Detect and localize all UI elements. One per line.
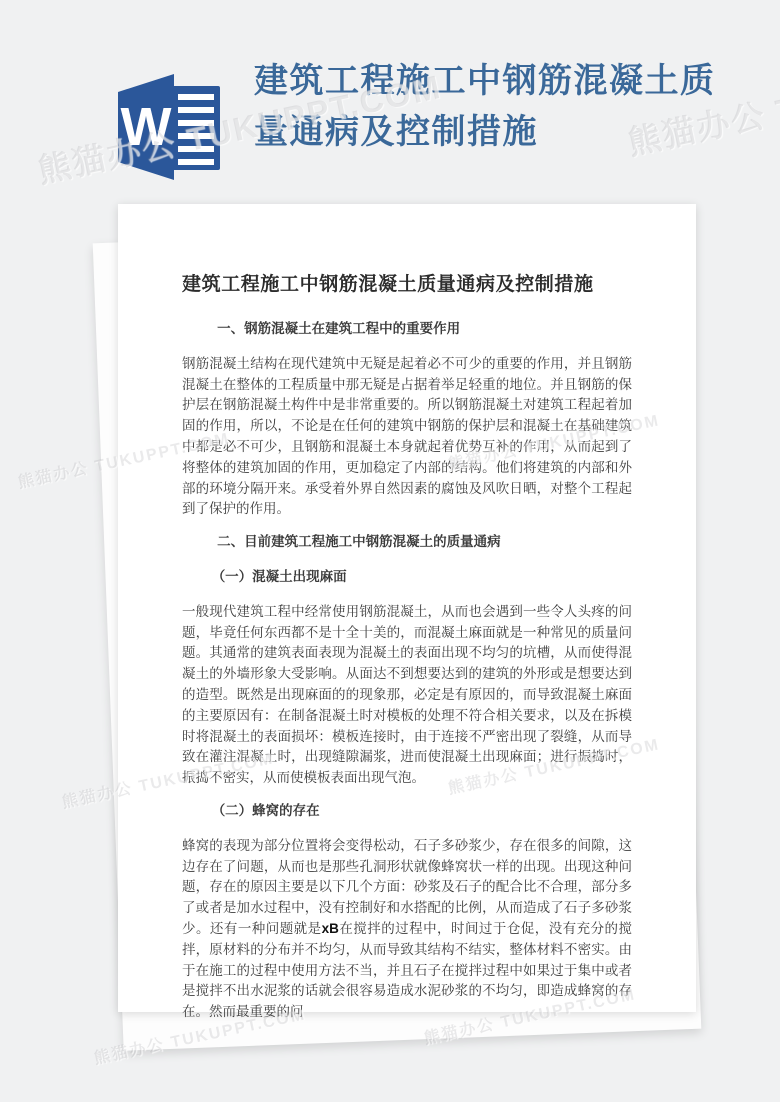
paragraph-2: 一般现代建筑工程中经常使用钢筋混凝土，从而也会遇到一些令人头疼的问题，毕竟任何东…	[182, 602, 632, 789]
document-title: 建筑工程施工中钢筋混凝土质量通病及控制措施	[182, 270, 632, 299]
document-page: 建筑工程施工中钢筋混凝土质量通病及控制措施 一、钢筋混凝土在建筑工程中的重要作用…	[118, 204, 696, 1012]
paragraph-1: 钢筋混凝土结构在现代建筑中无疑是起着必不可少的重要的作用，并且钢筋混凝土在整体的…	[182, 354, 632, 520]
word-icon-letter: W	[121, 97, 172, 157]
word-icon: W	[98, 62, 222, 184]
paragraph-3: 蜂窝的表现为部分位置将会变得松动，石子多砂浆少，存在很多的间隙，这边存在了问题，…	[182, 836, 632, 1023]
word-file-icon: W	[98, 62, 222, 184]
subsection-heading-2-1: （一）混凝土出现麻面	[182, 567, 632, 588]
subsection-heading-2-2: （二）蜂窝的存在	[182, 801, 632, 822]
section-heading-1: 一、钢筋混凝土在建筑工程中的重要作用	[182, 319, 632, 340]
page-title: 建筑工程施工中钢筋混凝土质量通病及控制措施	[254, 56, 732, 158]
section-heading-2: 二、目前建筑工程施工中钢筋混凝土的质量通病	[182, 532, 632, 553]
paragraph-3-bold-text: xB	[322, 921, 339, 936]
document-preview: W 建筑工程施工中钢筋混凝土质量通病及控制措施 建筑工程施工中钢筋混凝土质量通病…	[0, 0, 780, 1102]
